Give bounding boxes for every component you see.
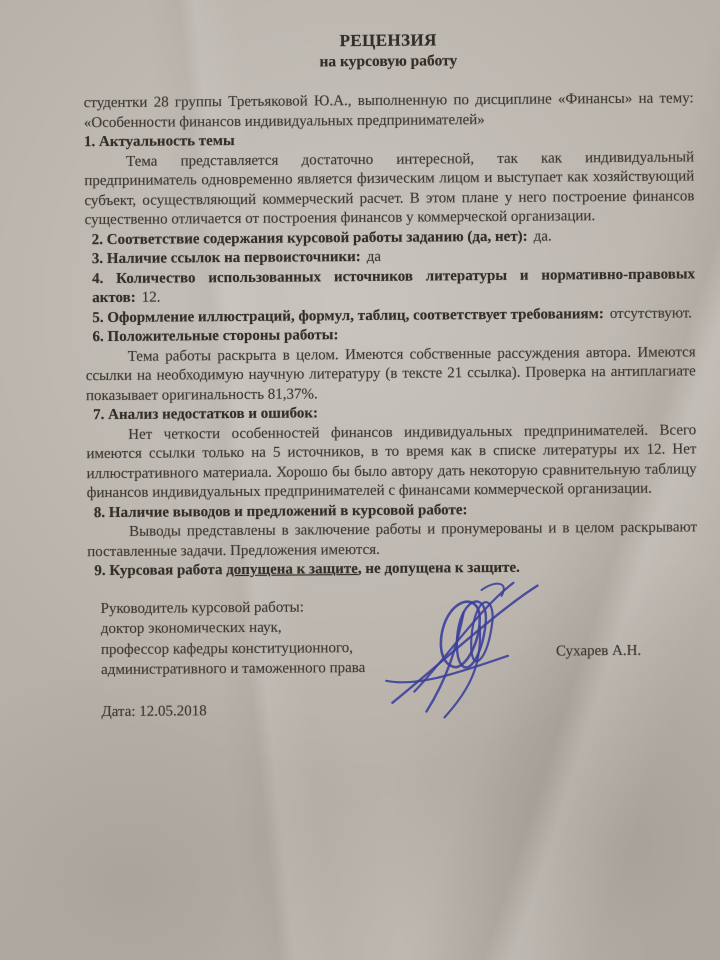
- section-2-heading: 2. Соответствие содержания курсовой рабо…: [92, 228, 528, 247]
- section-6-body: Тема работы раскрыта в целом. Имеются со…: [86, 343, 696, 406]
- section-8-body: Выводы представлены в заключение работы …: [87, 518, 697, 562]
- signature-block: Руководитель курсовой работы: доктор эко…: [88, 594, 699, 681]
- doc-subtitle: на курсовую работу: [83, 49, 693, 74]
- supervisor-name: Сухарев А.Н.: [556, 640, 641, 661]
- section-9-suffix: , не допущена к защите.: [358, 560, 520, 577]
- document-photo: РЕЦЕНЗИЯ на курсовую работу студентки 28…: [0, 0, 720, 960]
- section-9: 9. Курсовая работа допущена к защите, не…: [94, 557, 697, 581]
- section-5-heading: 5. Оформление иллюстраций, формул, табли…: [92, 306, 604, 326]
- section-4-value: 12.: [142, 290, 161, 306]
- section-1-body: Тема представляется достаточно интересно…: [84, 148, 695, 231]
- section-3-value: да: [367, 249, 381, 265]
- date-line: Дата: 12.05.2018: [101, 698, 698, 722]
- section-9-admitted-underlined: допущена к защите: [226, 561, 358, 578]
- review-document: РЕЦЕНЗИЯ на курсовую работу студентки 28…: [0, 0, 720, 723]
- section-7-body: Нет четкости особенностей финансов индив…: [86, 421, 697, 504]
- section-2-value: да.: [534, 228, 552, 244]
- section-5-value: отсутствуют.: [610, 305, 692, 322]
- intro-paragraph: студентки 28 группы Третьяковой Ю.А., вы…: [84, 89, 694, 133]
- section-3-heading: 3. Наличие ссылок на первоисточники:: [92, 249, 361, 267]
- section-4: 4. Количество использованных источников …: [92, 265, 695, 309]
- section-4-heading: 4. Количество использованных источников …: [92, 266, 695, 306]
- section-9-prefix: 9. Курсовая работа: [94, 562, 226, 579]
